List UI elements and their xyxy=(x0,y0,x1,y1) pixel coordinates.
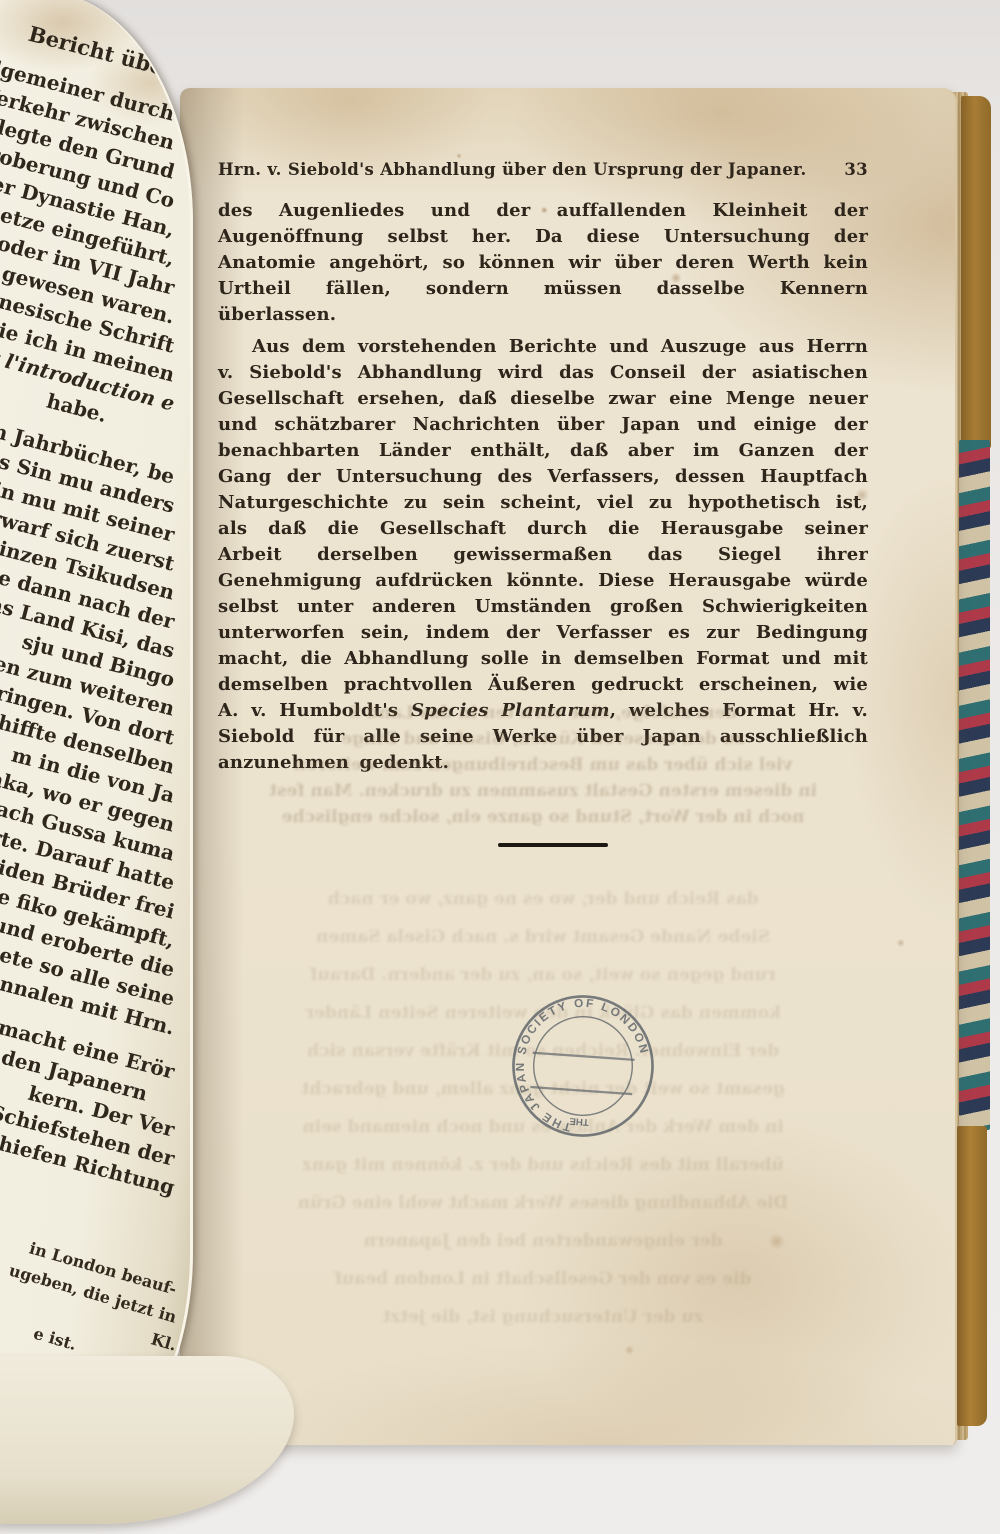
library-stamp: THE JAPAN SOCIETY OF LONDON THE xyxy=(495,978,671,1154)
left-page-text-fragments: Bericht über9 allgemeiner durcher Verkeh… xyxy=(0,56,174,1203)
paragraph-1: des Augenliedes und der auffallenden Kle… xyxy=(218,198,868,328)
bleedthrough-line: das Reich und der, wo es ne ganz, wo er … xyxy=(218,880,868,918)
gilt-board-edge-top xyxy=(961,96,991,448)
left-page-bottom-curl xyxy=(0,1356,294,1524)
section-separator-rule xyxy=(498,843,608,847)
left-page-curled: Bericht über9 allgemeiner durcher Verkeh… xyxy=(0,0,193,1512)
bleedthrough-line: die es von der Gesellschaft in London be… xyxy=(218,1260,868,1298)
bleedthrough-line: Siebe Nande Gesamt wird s. nach Gisela S… xyxy=(218,918,868,956)
paragraph-2-italic-title: Species Plantarum xyxy=(411,700,610,721)
running-head-title: Hrn. v. Siebold's Abhandlung über den Ur… xyxy=(218,160,807,179)
photo-background: Hrn. v. Siebold's Abhandlung über den Ur… xyxy=(0,0,1000,1534)
page-number: 33 xyxy=(844,160,868,179)
bleedthrough-line: der eingewanderten bei den Japanern xyxy=(218,1222,868,1260)
page-text-block: Hrn. v. Siebold's Abhandlung über den Ur… xyxy=(218,160,868,776)
bleedthrough-line: noch in der Wort, Stund so ganze ein, so… xyxy=(218,804,868,830)
running-head: Hrn. v. Siebold's Abhandlung über den Ur… xyxy=(218,160,868,179)
marbled-board-edge xyxy=(959,440,990,1130)
right-page: Hrn. v. Siebold's Abhandlung über den Ur… xyxy=(180,88,957,1445)
stamp-the-text: THE xyxy=(569,1115,590,1127)
gilt-board-edge-bottom xyxy=(957,1126,987,1426)
bleedthrough-line: Die Abhandlung dieses Werk macht wohl ei… xyxy=(218,1184,868,1222)
paragraph-2-text: Aus dem vorstehenden Berichte und Auszug… xyxy=(218,336,868,721)
stamp-writing-line-1 xyxy=(530,1087,632,1094)
stamp-writing-line-2 xyxy=(533,1053,635,1060)
bleedthrough-line: in diesem ersten Gestalt zusammen zu dru… xyxy=(218,778,868,804)
stamp-inner-ring xyxy=(530,1013,635,1118)
bleedthrough-line: zu der Untersuchung ist, die jetzt xyxy=(218,1298,868,1336)
paragraph-2: Aus dem vorstehenden Berichte und Auszug… xyxy=(218,334,868,776)
